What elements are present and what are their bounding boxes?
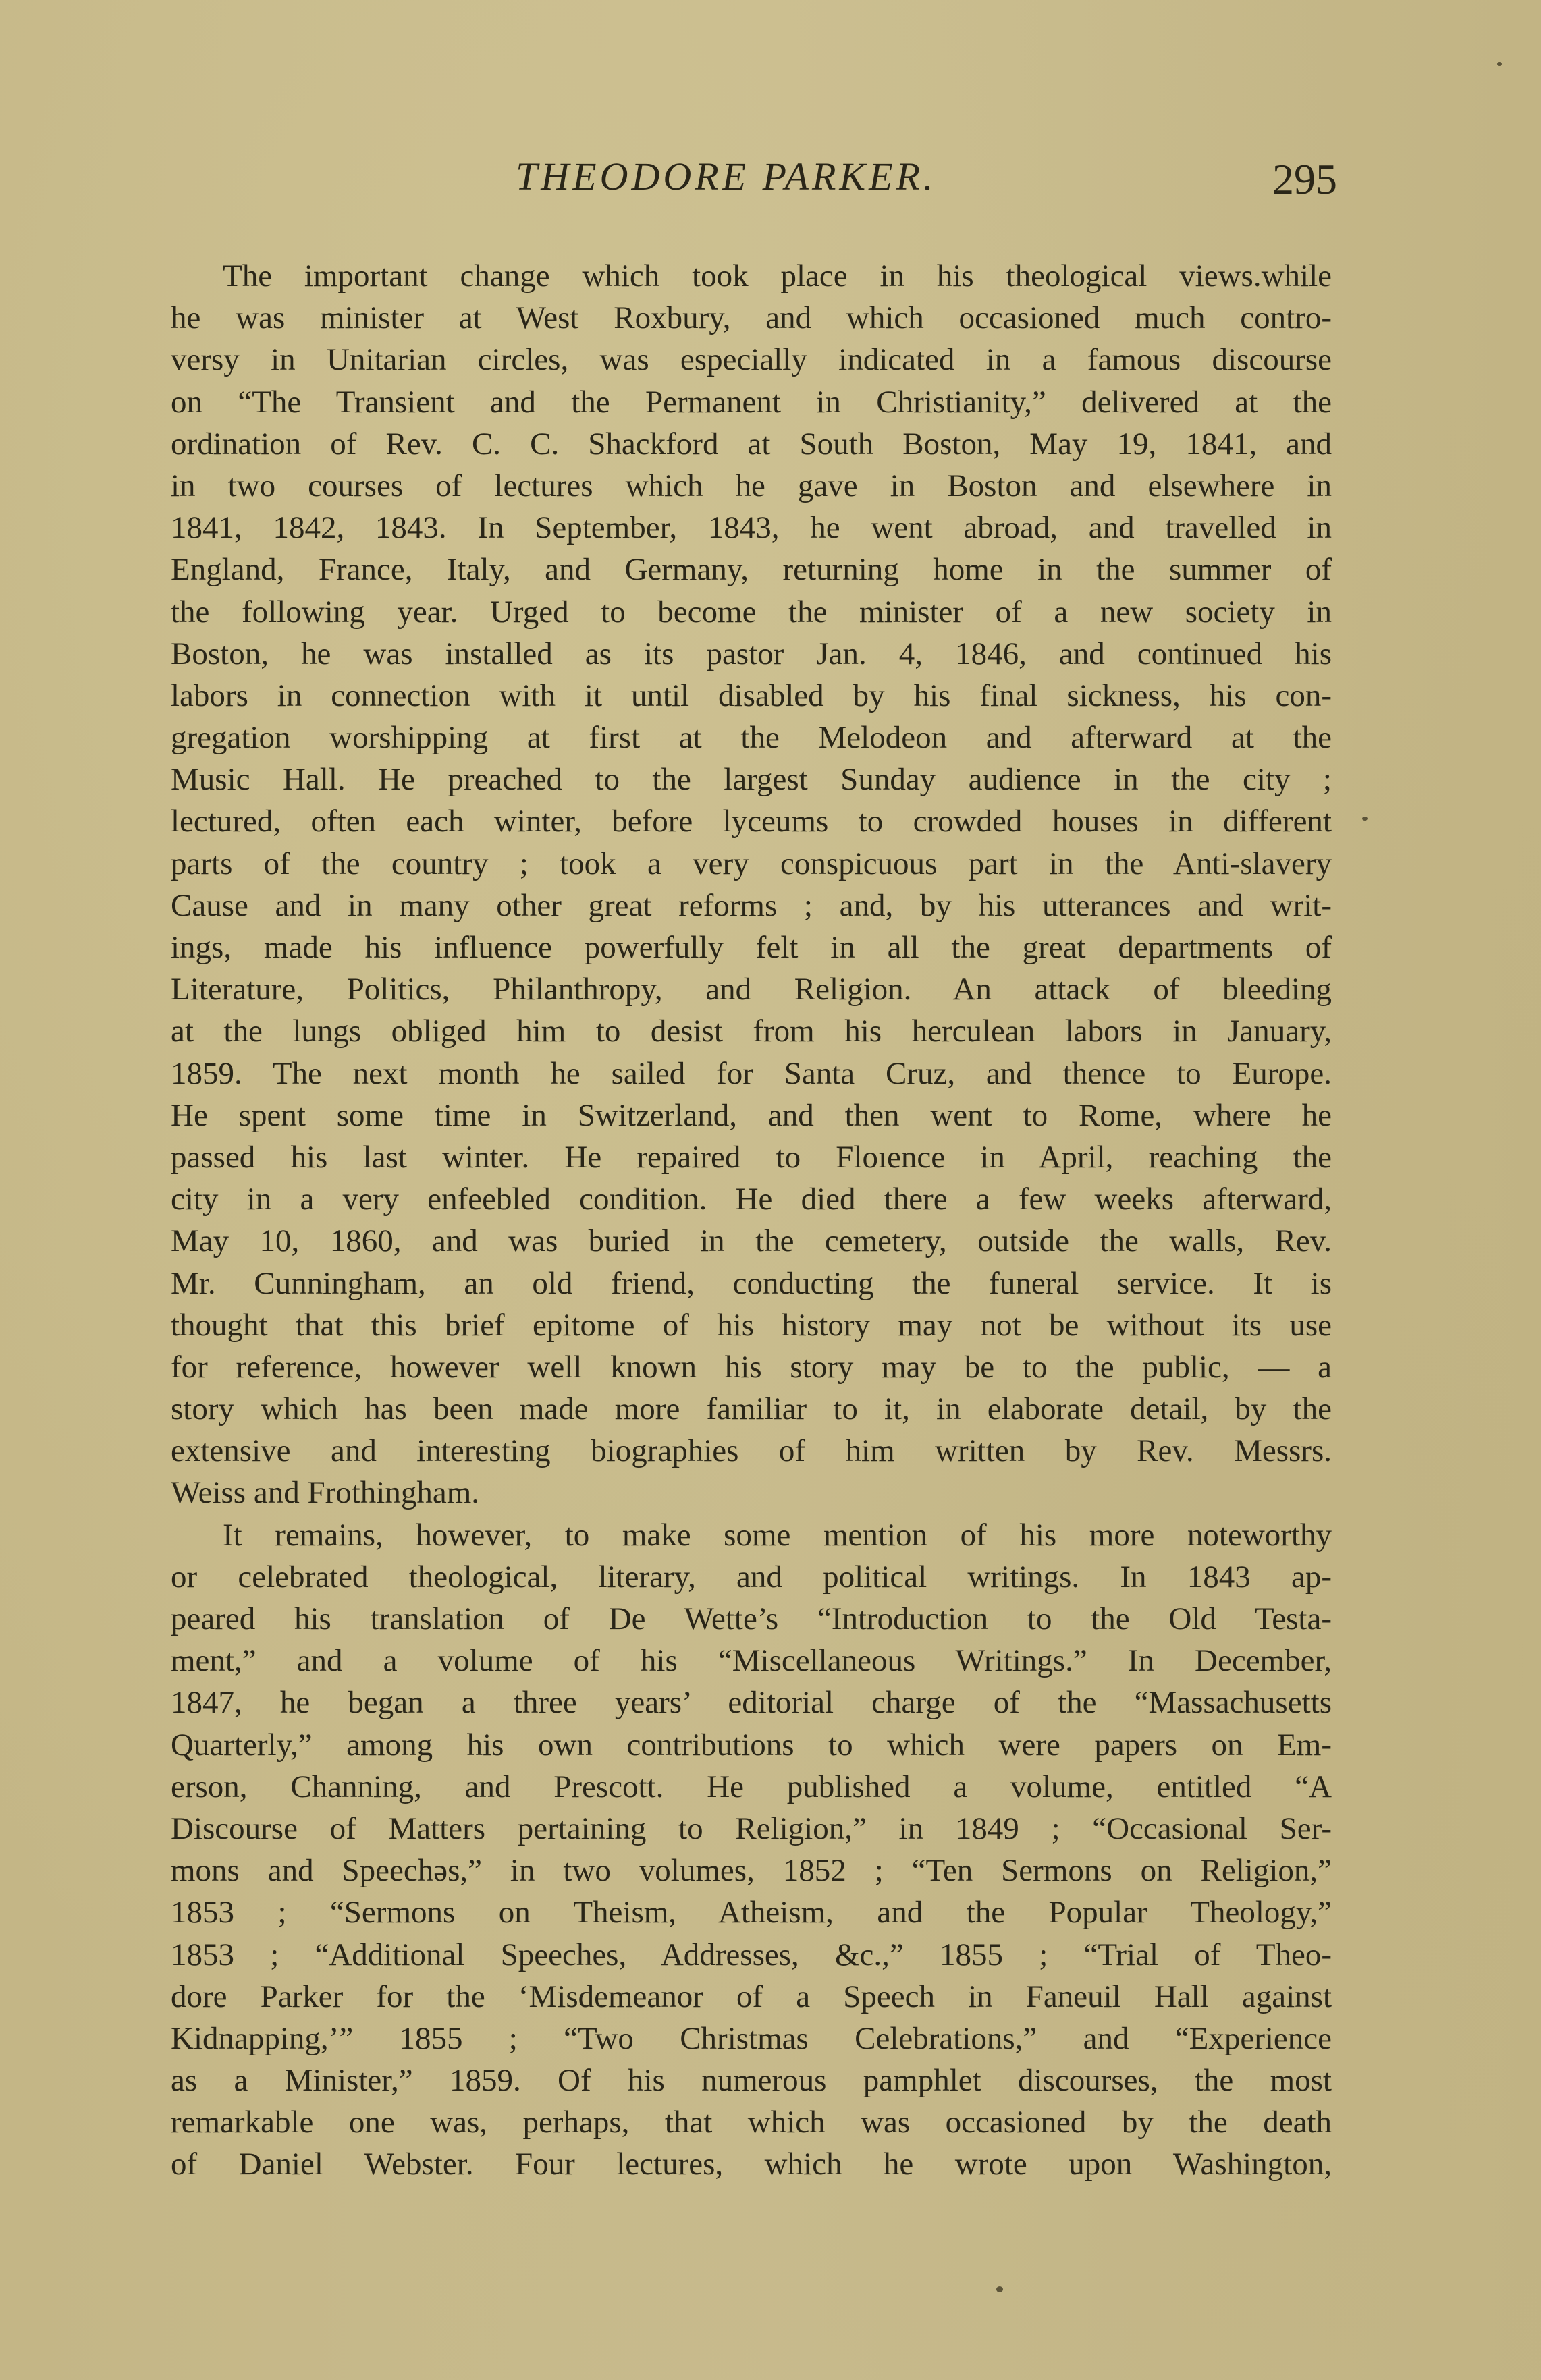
text-line: 1847, he began a three years’ editorial … [171,1682,1332,1723]
text-line: England, France, Italy, and Germany, ret… [171,549,1332,590]
text-line: 1841, 1842, 1843. In September, 1843, he… [171,507,1332,549]
text-line: ordination of Rev. C. C. Shackford at So… [171,423,1332,465]
text-line: The important change which took place in… [171,255,1332,297]
text-line: dore Parker for the ‘Misdemeanor of a Sp… [171,1976,1332,2018]
page-number: 295 [1272,153,1337,206]
text-line: He spent some time in Switzerland, and t… [171,1095,1332,1136]
text-line: peared his translation of De Wette’s “In… [171,1598,1332,1640]
text-line: mons and Speechəs,” in two volumes, 1852… [171,1850,1332,1891]
paper-speck [1362,817,1368,821]
text-line: passed his last winter. He repaired to F… [171,1136,1332,1178]
text-line: Cause and in many other great reforms ; … [171,885,1332,926]
running-head: THEODORE PARKER. 295 [0,150,1541,204]
text-line: or celebrated theological, literary, and… [171,1556,1332,1598]
text-line: of Daniel Webster. Four lectures, which … [171,2143,1332,2185]
text-line: at the lungs obliged him to desist from … [171,1010,1332,1052]
text-line: Discourse of Matters pertaining to Relig… [171,1808,1332,1850]
text-line: city in a very enfeebled condition. He d… [171,1178,1332,1220]
book-page: THEODORE PARKER. 295 The important chang… [0,0,1541,2380]
text-line: for reference, however well known his st… [171,1346,1332,1388]
text-line: lectured, often each winter, before lyce… [171,800,1332,842]
text-line: he was minister at West Roxbury, and whi… [171,297,1332,339]
body-text: The important change which took place in… [171,255,1332,2186]
text-line: Boston, he was installed as its pastor J… [171,633,1332,675]
text-line: the following year. Urged to become the … [171,591,1332,633]
text-line: Mr. Cunningham, an old friend, conductin… [171,1263,1332,1304]
paper-speck [1497,62,1502,66]
text-line: labors in connection with it until disab… [171,675,1332,717]
text-line: thought that this brief epitome of his h… [171,1304,1332,1346]
paragraph-2: It remains, however, to make some mentio… [171,1514,1332,2186]
text-line: ings, made his influence powerfully felt… [171,926,1332,968]
text-line: 1853 ; “Additional Speeches, Addresses, … [171,1934,1332,1976]
text-line: extensive and interesting biographies of… [171,1430,1332,1472]
text-line: in two courses of lectures which he gave… [171,465,1332,507]
text-line: remarkable one was, perhaps, that which … [171,2101,1332,2143]
text-line: Literature, Politics, Philanthropy, and … [171,968,1332,1010]
text-line: erson, Channing, and Prescott. He publis… [171,1766,1332,1808]
text-line: ment,” and a volume of his “Miscellaneou… [171,1640,1332,1682]
text-line: parts of the country ; took a very consp… [171,843,1332,885]
paragraph-1: The important change which took place in… [171,255,1332,1514]
text-line: gregation worshipping at first at the Me… [171,717,1332,758]
text-line: 1859. The next month he sailed for Santa… [171,1053,1332,1095]
text-line: It remains, however, to make some mentio… [171,1514,1332,1556]
text-line: Music Hall. He preached to the largest S… [171,758,1332,800]
text-line: as a Minister,” 1859. Of his numerous pa… [171,2059,1332,2101]
text-line: Quarterly,” among his own contributions … [171,1724,1332,1766]
text-line: story which has been made more familiar … [171,1388,1332,1430]
text-line: 1853 ; “Sermons on Theism, Atheism, and … [171,1891,1332,1933]
text-line: versy in Unitarian circles, was especial… [171,339,1332,381]
text-line: Kidnapping,’” 1855 ; “Two Christmas Cele… [171,2018,1332,2059]
text-line: May 10, 1860, and was buried in the ceme… [171,1220,1332,1262]
paper-speck [996,2286,1003,2292]
text-line: Weiss and Frothingham. [171,1472,1332,1514]
text-line: on “The Transient and the Permanent in C… [171,381,1332,423]
running-title: THEODORE PARKER. [516,150,936,204]
